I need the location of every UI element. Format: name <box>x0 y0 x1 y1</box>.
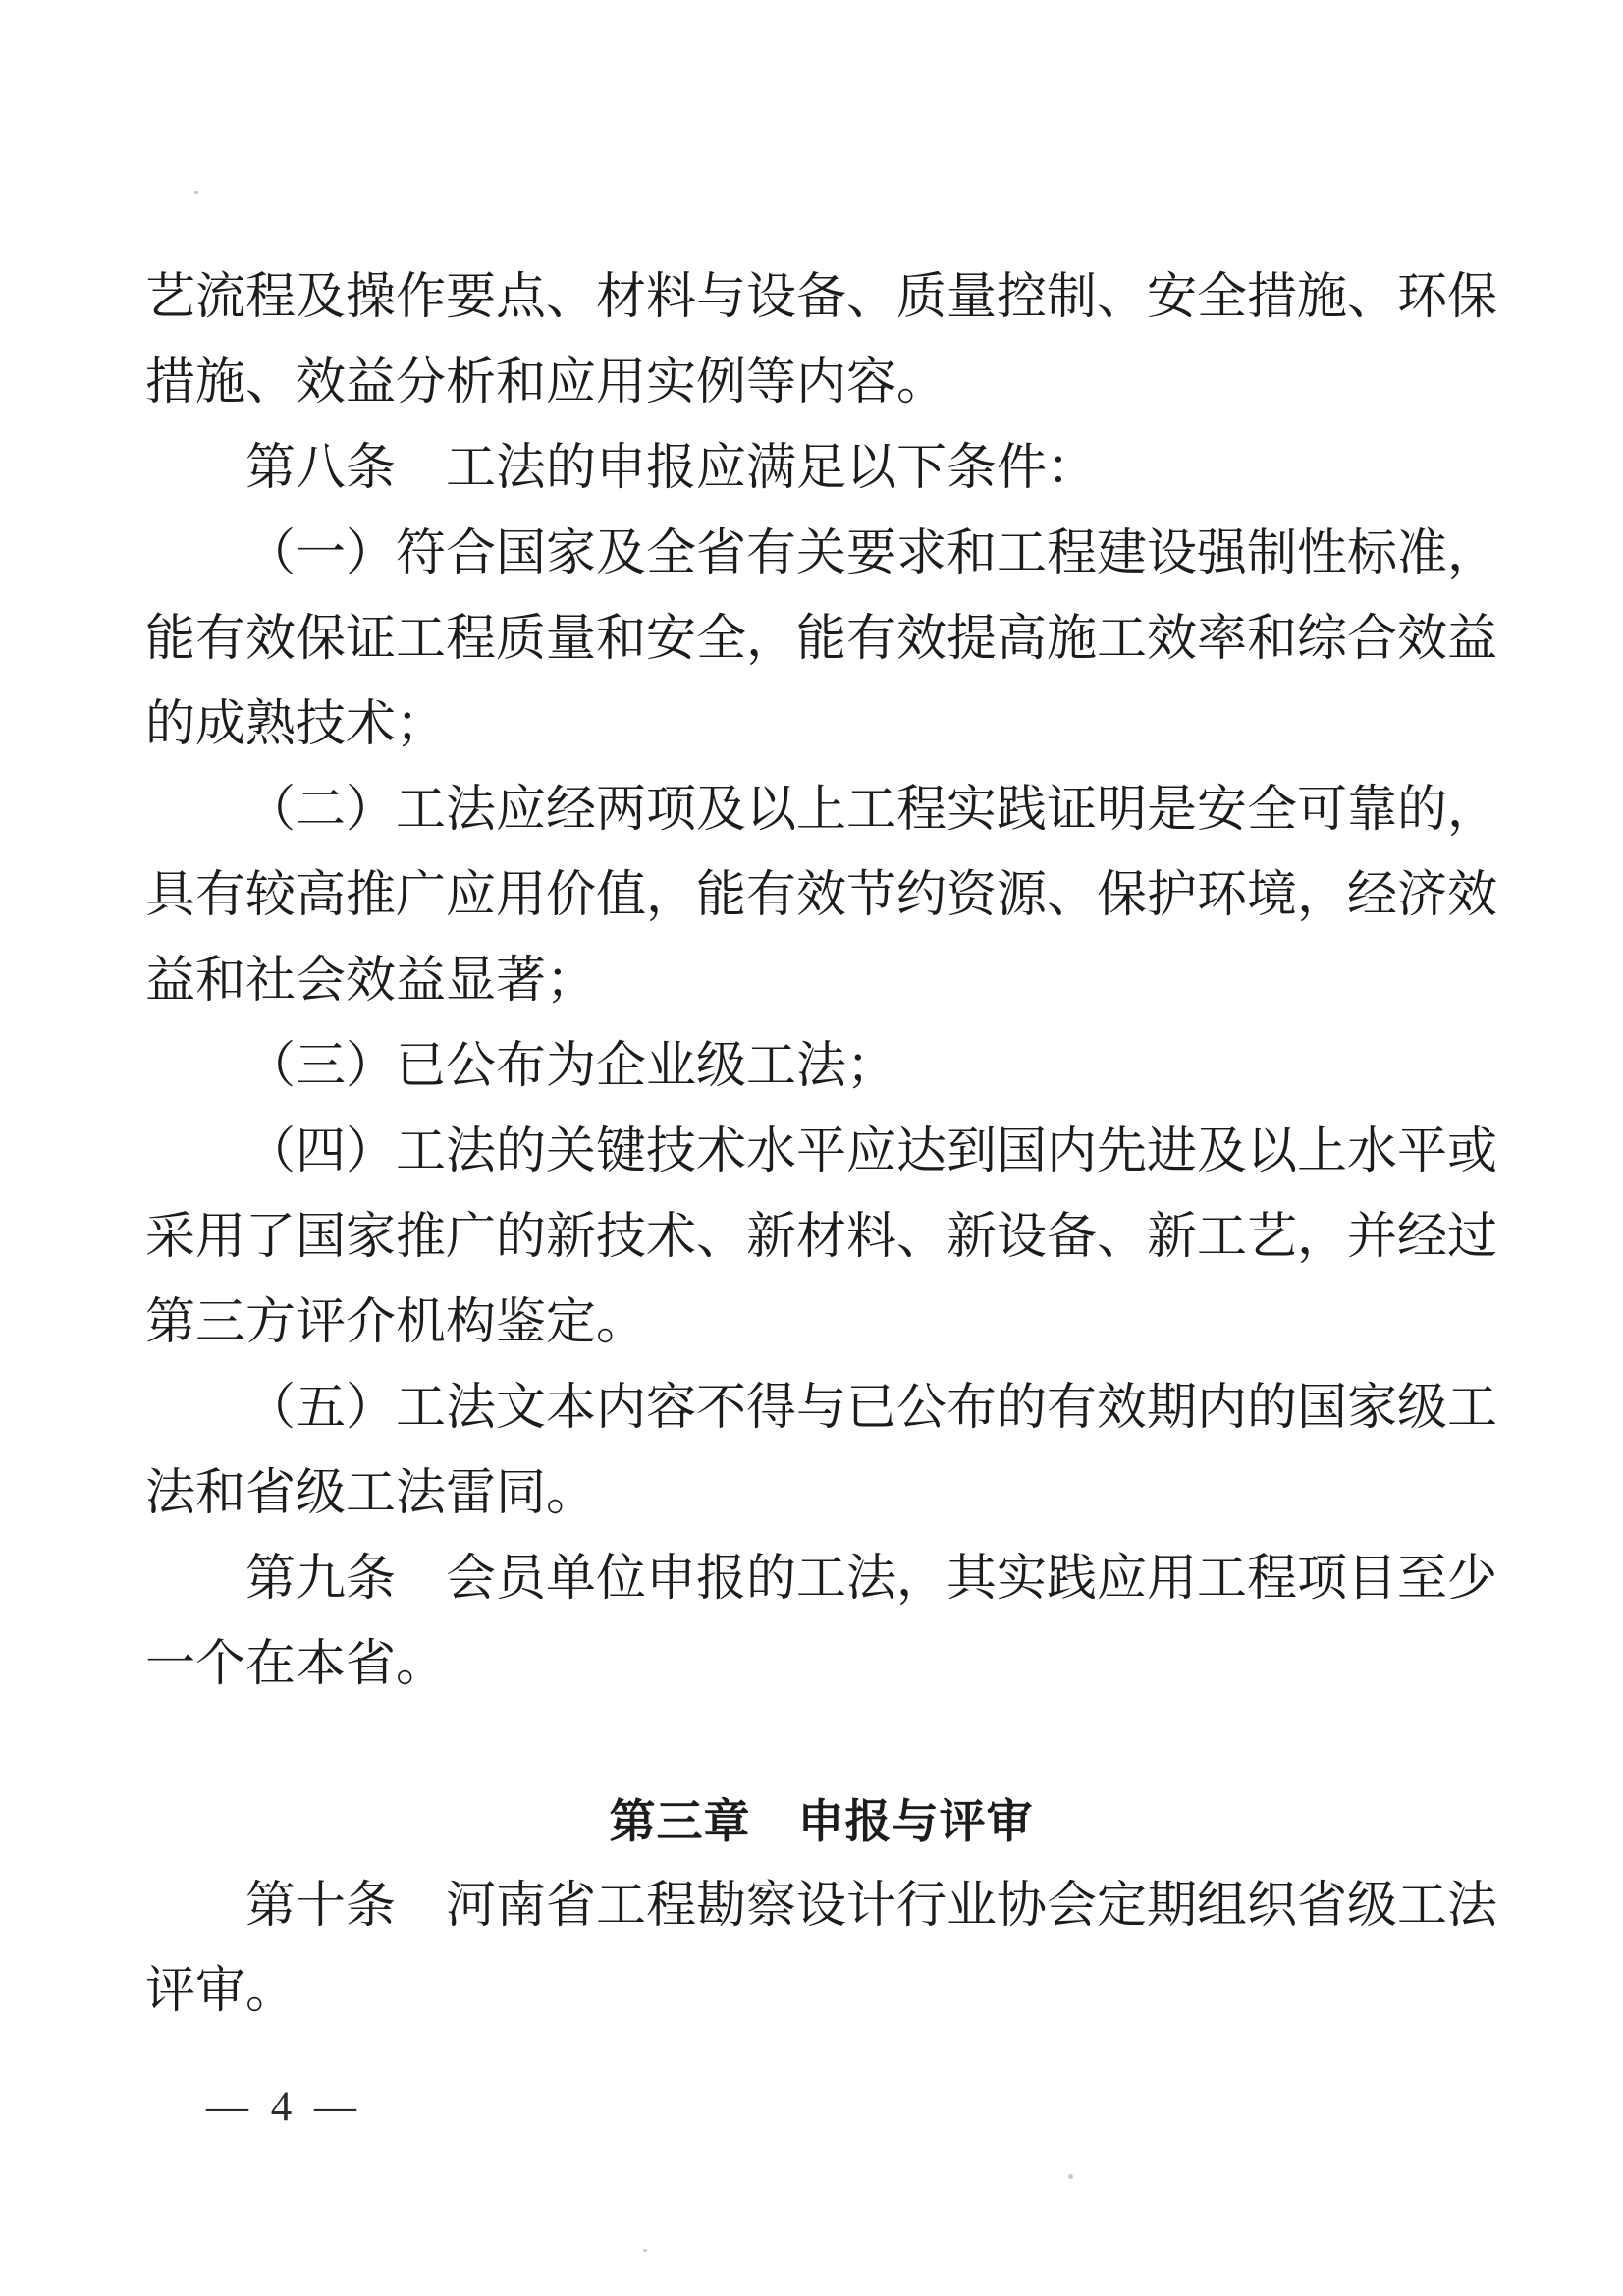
scan-speck <box>643 2249 647 2252</box>
chapter-3-heading: 第三章 申报与评审 <box>145 1778 1497 1864</box>
document-body: 艺流程及操作要点、材料与设备、质量控制、安全措施、环保措施、效益分析和应用实例等… <box>145 255 1497 2035</box>
scan-speck <box>194 191 198 194</box>
paragraph-continuation: 艺流程及操作要点、材料与设备、质量控制、安全措施、环保措施、效益分析和应用实例等… <box>145 255 1497 426</box>
scan-speck <box>1068 2174 1073 2179</box>
article-8-clause-2: （二）工法应经两项及以上工程实践证明是安全可靠的，具有较高推广应用价值，能有效节… <box>145 768 1497 1024</box>
article-8-clause-5: （五）工法文本内容不得与已公布的有效期内的国家级工法和省级工法雷同。 <box>145 1366 1497 1537</box>
article-9-line: 第九条 会员单位申报的工法，其实践应用工程项目至少一个在本省。 <box>145 1537 1497 1708</box>
article-8-clause-4: （四）工法的关键技术水平应达到国内先进及以上水平或采用了国家推广的新技术、新材料… <box>145 1110 1497 1366</box>
article-8-clause-1: （一）符合国家及全省有关要求和工程建设强制性标准，能有效保证工程质量和安全，能有… <box>145 512 1497 768</box>
scanned-document-page: 艺流程及操作要点、材料与设备、质量控制、安全措施、环保措施、效益分析和应用实例等… <box>0 0 1623 2296</box>
article-8-line: 第八条 工法的申报应满足以下条件： <box>145 426 1497 512</box>
page-number: — 4 — <box>206 2080 362 2135</box>
article-10-line: 第十条 河南省工程勘察设计行业协会定期组织省级工法评审。 <box>145 1864 1497 2035</box>
article-8-clause-3: （三）已公布为企业级工法； <box>145 1024 1497 1110</box>
